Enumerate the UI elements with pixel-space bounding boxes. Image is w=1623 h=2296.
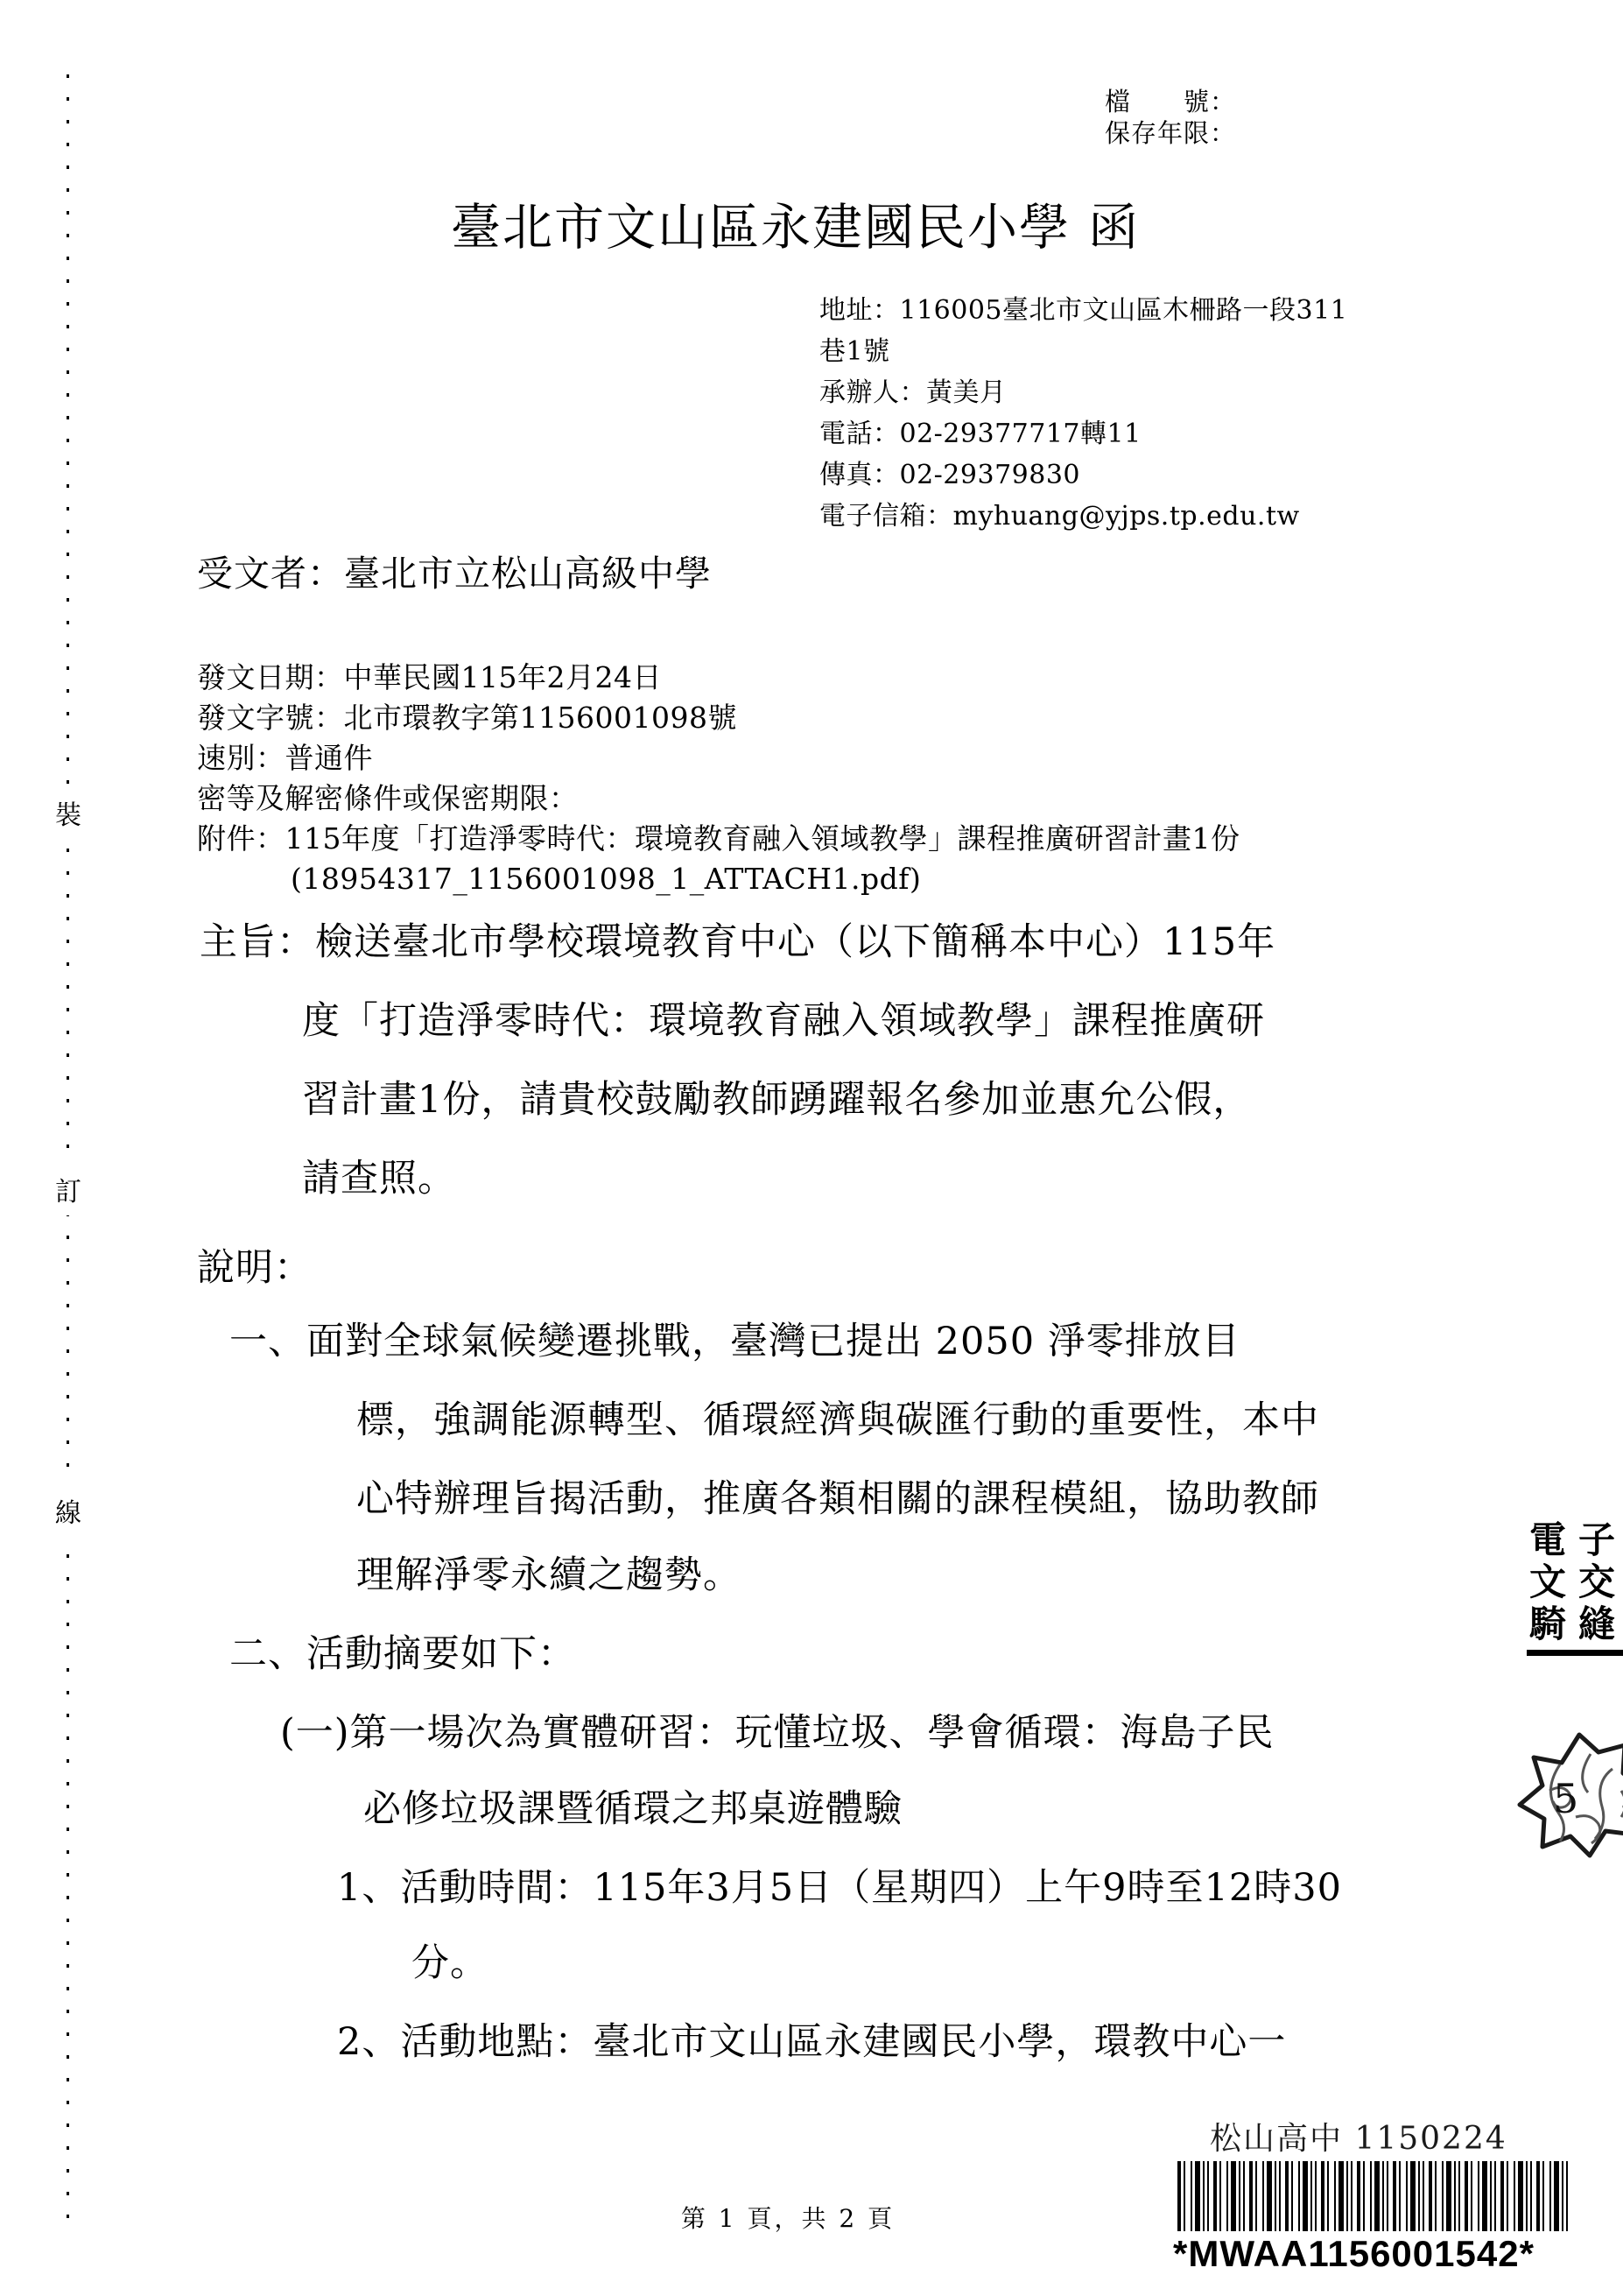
attachment-line2: (18954317_1156001098_1_ATTACH1.pdf) (291, 863, 921, 896)
binding-dotted-line (67, 74, 69, 2237)
explanation-item2-line: 二、活動摘要如下： (229, 1633, 576, 1676)
explanation-item2-1-1-line1: 1、活動時間：115年3月5日（星期四）上午9時至12時30 (337, 1867, 1342, 1910)
retention-period-label: 保存年限： (1105, 119, 1236, 148)
subject-line-4: 請查照。 (302, 1158, 456, 1201)
explanation-item2-1-line1: (一)第一場次為實體研習：玩懂垃圾、學會循環：海島子民 (280, 1712, 1275, 1755)
official-letter-page: 檔 號： 保存年限： 臺北市文山區永建國民小學 函 地址：116005臺北市文山… (0, 0, 1623, 2296)
explanation-item1-line4: 理解淨零永續之趨勢。 (356, 1554, 741, 1597)
seam-stamp-left-column: 電文騎 (1527, 1520, 1563, 1650)
file-number-label: 檔 號： (1105, 88, 1236, 116)
explanation-item1-line2: 標，強調能源轉型、循環經濟與碳匯行動的重要性，本中 (356, 1399, 1319, 1442)
explanation-item2-1-2-line1: 2、活動地點：臺北市文山區永建國民小學，環教中心一 (337, 2021, 1286, 2064)
electronic-exchange-seam-stamp: 電文騎 子交縫 (1527, 1520, 1623, 1656)
explanation-item1-line1: 一、面對全球氣候變遷挑戰，臺灣已提出 2050 淨零排放目 (229, 1321, 1240, 1363)
flower-seal-number: 5 (1553, 1775, 1578, 1822)
explanation-item1-line3: 心特辦理旨揭活動，推廣各類相關的課程模組，協助教師 (356, 1478, 1319, 1521)
document-title: 臺北市文山區永建國民小學 函 (451, 200, 1140, 257)
binding-mark-ding: 訂 (53, 1163, 83, 1215)
attachment-line1: 附件：115年度「打造淨零時代：環境教育融入領域教學」課程推廣研習計畫1份 (197, 822, 1240, 856)
speed-line: 速別：普通件 (197, 742, 373, 775)
sender-contact-person: 承辦人：黃美月 (819, 378, 1007, 409)
flower-seal-stamp: 5 (1507, 1729, 1623, 1878)
subject-line-3: 習計畫1份，請貴校鼓勵教師踴躍報名參加並惠允公假， (302, 1079, 1251, 1122)
doc-number-line: 發文字號：北市環教字第1156001098號 (197, 701, 737, 735)
binding-mark-xian: 線 (53, 1484, 83, 1537)
recipient-line: 受文者：臺北市立松山高級中學 (197, 553, 712, 595)
security-line: 密等及解密條件或保密期限： (197, 782, 579, 815)
sender-address-line2: 巷1號 (819, 337, 890, 368)
issue-date-line: 發文日期：中華民國115年2月24日 (197, 661, 662, 694)
seam-stamp-right-column: 子交縫 (1576, 1520, 1612, 1650)
page-number-footer: 第 1 頁，共 2 頁 (0, 2205, 1576, 2233)
sender-email: 電子信箱：myhuang@yjps.tp.edu.tw (819, 502, 1300, 532)
receiving-school-stamp-note: 松山高中 1150224 (1210, 2121, 1507, 2157)
sender-address-line1: 地址：116005臺北市文山區木柵路一段311 (819, 296, 1347, 327)
binding-mark-zhuang: 裝 (53, 786, 83, 839)
sender-phone: 電話：02-29377717轉11 (819, 419, 1142, 450)
explanation-item2-1-line2: 必修垃圾課暨循環之邦桌遊體驗 (363, 1788, 903, 1831)
explanation-label: 說明： (197, 1247, 313, 1290)
explanation-item2-1-1-line2: 分。 (411, 1942, 488, 1985)
subject-line-1: 主旨：檢送臺北市學校環境教育中心（以下簡稱本中心）115年 (200, 921, 1275, 964)
barcode-text: *MWAA1156001542* (1173, 2233, 1535, 2275)
sender-fax: 傳真：02-29379830 (819, 461, 1080, 491)
subject-line-2: 度「打造淨零時代：環境教育融入領域教學」課程推廣研 (302, 1000, 1265, 1043)
